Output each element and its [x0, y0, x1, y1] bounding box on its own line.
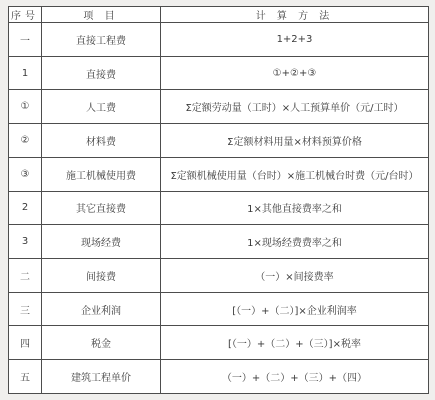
table-row: ② 材料费 Σ定额材料用量×材料预算价格: [9, 124, 429, 158]
table-cell-item: 其它直接费: [42, 191, 161, 225]
table-cell-seq: 一: [9, 23, 42, 57]
table-row: 四 税金 [（一）+（二）+（三）]×税率: [9, 326, 429, 360]
table-cell-seq: ①: [9, 90, 42, 124]
table-cell-item: 建筑工程单价: [42, 360, 161, 394]
column-header-item: 项 目: [42, 7, 161, 23]
table-cell-item: 现场经费: [42, 225, 161, 259]
column-header-seq: 序号: [9, 7, 42, 23]
table-cell-item: 施工机械使用费: [42, 157, 161, 191]
table-row: 一 直接工程费 1+2+3: [9, 23, 429, 57]
column-header-method: 计 算 方 法: [161, 7, 429, 23]
table-cell-seq: 3: [9, 225, 42, 259]
table-cell-item: 直接工程费: [42, 23, 161, 57]
page: 序号 项 目 计 算 方 法 一 直接工程费 1+2+3 1 直接费 ①+②+③…: [0, 0, 435, 400]
table-cell-item: 直接费: [42, 56, 161, 90]
table-cell-seq: 四: [9, 326, 42, 360]
table-row: 二 间接费 （一）×间接费率: [9, 259, 429, 293]
table-cell-method: Σ定额机械使用量（台时）×施工机械台时费（元/台时）: [161, 157, 429, 191]
table-cell-method: ①+②+③: [161, 56, 429, 90]
table-cell-method: [（一）+（二）+（三）]×税率: [161, 326, 429, 360]
table-cell-method: 1×现场经费费率之和: [161, 225, 429, 259]
table-row: 五 建筑工程单价 （一）+（二）+（三）+（四）: [9, 360, 429, 394]
table-row: 2 其它直接费 1×其他直接费率之和: [9, 191, 429, 225]
table-row: ① 人工费 Σ定额劳动量（工时）×人工预算单价（元/工时）: [9, 90, 429, 124]
table-cell-method: （一）+（二）+（三）+（四）: [161, 360, 429, 394]
table-cell-method: Σ定额劳动量（工时）×人工预算单价（元/工时）: [161, 90, 429, 124]
table-cell-seq: 1: [9, 56, 42, 90]
table-cell-item: 材料费: [42, 124, 161, 158]
table-row: 三 企业利润 [（一）+（二）]×企业利润率: [9, 292, 429, 326]
table-cell-method: （一）×间接费率: [161, 259, 429, 293]
table-row: ③ 施工机械使用费 Σ定额机械使用量（台时）×施工机械台时费（元/台时）: [9, 157, 429, 191]
table-cell-item: 税金: [42, 326, 161, 360]
table-row: 3 现场经费 1×现场经费费率之和: [9, 225, 429, 259]
table-cell-seq: 三: [9, 292, 42, 326]
table-cell-method: [（一）+（二）]×企业利润率: [161, 292, 429, 326]
table-cell-item: 企业利润: [42, 292, 161, 326]
table-cell-method: 1+2+3: [161, 23, 429, 57]
cost-calculation-table: 序号 项 目 计 算 方 法 一 直接工程费 1+2+3 1 直接费 ①+②+③…: [8, 6, 429, 394]
table-cell-seq: ③: [9, 157, 42, 191]
table-cell-item: 人工费: [42, 90, 161, 124]
table-cell-item: 间接费: [42, 259, 161, 293]
table-cell-seq: 五: [9, 360, 42, 394]
table-cell-seq: 2: [9, 191, 42, 225]
table-header-row: 序号 项 目 计 算 方 法: [9, 7, 429, 23]
table-cell-seq: ②: [9, 124, 42, 158]
table-row: 1 直接费 ①+②+③: [9, 56, 429, 90]
table-cell-method: 1×其他直接费率之和: [161, 191, 429, 225]
table-cell-method: Σ定额材料用量×材料预算价格: [161, 124, 429, 158]
table-cell-seq: 二: [9, 259, 42, 293]
